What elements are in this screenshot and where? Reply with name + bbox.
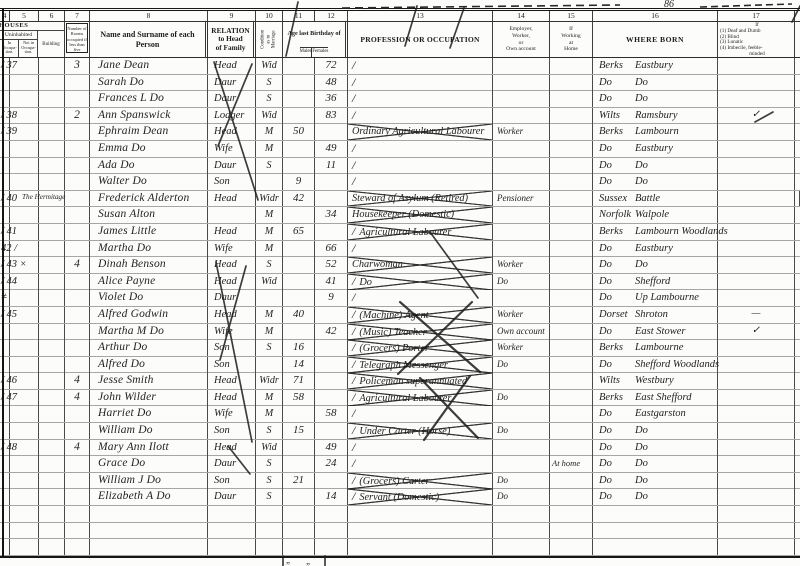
condition-cell: M [256,307,283,323]
column-number: 14 [493,11,550,21]
occupation-text: Servant (Domestic) [359,492,439,503]
check-tick: / [352,274,355,288]
relation-cell: Lodger [208,108,256,124]
column-number: 16 [593,11,718,21]
condition-cell [256,539,283,555]
birth-county: Do [599,440,635,456]
birth-county: Wilts [599,373,635,389]
infirmity-cell [718,340,795,356]
birthplace-cell: BerksEastbury [593,58,718,74]
page-edge [795,523,800,539]
birth-county: Do [599,357,635,373]
age-female-cell [315,224,348,240]
employer-cell [493,290,550,306]
birth-place: Eastbury [635,241,717,257]
column-number: 17 [718,11,795,21]
relation-cell: Daur [208,290,256,306]
occupation-cell: /Under Carter (Horse) [348,423,493,439]
birthplace-cell [593,506,718,522]
occupation-cell: / [348,456,493,472]
infirmity-cell [718,456,795,472]
age-male-cell [283,241,315,257]
page-edge [795,174,800,190]
building-cell [39,124,65,140]
uninhabited-cell [10,406,39,422]
uninhabited-cell [10,539,39,555]
age-female-cell [315,124,348,140]
age-female-cell [315,506,348,522]
birth-county: Do [599,91,635,107]
page-edge [795,423,800,439]
at-home-cell [550,324,593,340]
occupation-cell [348,506,493,522]
building-cell [39,58,65,74]
occupation-cell: / [348,75,493,91]
birth-place: Do [635,456,717,472]
building-cell [39,390,65,406]
person-name: William Do [90,423,208,439]
page-edge [795,357,800,373]
at-home-cell [550,257,593,273]
occupation-cell [348,539,493,555]
age-male-cell: 16 [283,340,315,356]
header-not-in-occupation: Not in Occupa-tion. [19,40,37,57]
building-cell [39,91,65,107]
age-female-cell: 49 [315,440,348,456]
birth-county: Sussex [599,191,635,207]
condition-cell: Widr [256,191,283,207]
birthplace-cell: DoShefford Woodlands [593,357,718,373]
birth-place: Shefford [635,274,717,290]
condition-cell: Wid [256,440,283,456]
birthplace-cell: WiltsWestbury [593,373,718,389]
age-female-cell: 58 [315,406,348,422]
occupation-cell: / [348,58,493,74]
age-female-cell [315,539,348,555]
condition-cell: M [256,241,283,257]
uninhabited-cell [10,141,39,157]
infirmity-cell [718,274,795,290]
census-row: Grace DoDaurS24/At homeDoDo [0,456,800,473]
birth-place: Up Lambourne [635,290,717,306]
person-name: William J Do [90,473,208,489]
person-name [90,539,208,555]
relation-cell: Son [208,174,256,190]
check-tick: / [352,174,355,188]
birth-county: Do [599,257,635,273]
census-row: 42 /Martha DoWifeM66/DoEastbury [0,241,800,258]
building-cell [39,257,65,273]
condition-cell: S [256,456,283,472]
birthplace-cell: DorsetShroton [593,307,718,323]
birth-county: Do [599,75,635,91]
birth-place: Ramsbury [635,108,717,124]
occupation-cell: / [348,241,493,257]
birth-place: Lambourn [635,124,717,140]
rooms-count [65,506,90,522]
check-tick: / [352,324,355,338]
condition-cell [256,290,283,306]
building-cell [39,373,65,389]
header-name: Name and Surname of each Person [90,22,208,57]
age-female-cell [315,307,348,323]
at-home-cell [550,473,593,489]
at-home-cell [550,340,593,356]
person-name: Alice Payne [90,274,208,290]
birth-place: Do [635,158,717,174]
age-female-cell [315,373,348,389]
person-name: Frances L Do [90,91,208,107]
building-cell [39,489,65,505]
relation-cell: Head [208,274,256,290]
person-name: Martha M Do [90,324,208,340]
age-male-cell [283,257,315,273]
building-cell [39,539,65,555]
age-male-cell [283,108,315,124]
at-home-cell [550,373,593,389]
census-row: ≠Violet DoDaur9/DoUp Lambourne [0,290,800,307]
infirmity-cell [718,473,795,489]
birth-place: East Stower [635,324,717,340]
census-rows: / 373Jane DeanHeadWid72/BerksEastburySar… [0,58,800,556]
birth-place: Westbury [635,373,717,389]
age-female-cell: 11 [315,158,348,174]
age-female-cell [315,340,348,356]
age-female-cell: 83 [315,108,348,124]
employer-cell [493,91,550,107]
person-name: Ada Do [90,158,208,174]
page-edge [795,539,800,555]
at-home-cell [550,274,593,290]
birth-county: Berks [599,340,635,356]
rooms-count [65,357,90,373]
census-row: Elizabeth A DoDaurS14/Servant (Domestic)… [0,489,800,506]
header-rooms: Number of Rooms occupied if less than fi… [65,22,90,57]
at-home-cell [550,75,593,91]
occupation-cell: /(Machine) Agent [348,307,493,323]
person-name: Emma Do [90,141,208,157]
birthplace-cell [593,539,718,555]
occupation-cell: / [348,141,493,157]
birth-place: Eastbury [635,141,717,157]
header-where-born: WHERE BORN [593,22,718,57]
census-row: / 39Ephraim DeanHeadM50Ordinary Agricult… [0,124,800,141]
page-edge [795,22,800,57]
condition-cell: S [256,340,283,356]
birth-county: Do [599,158,635,174]
relation-cell: Son [208,357,256,373]
age-female-cell [315,423,348,439]
check-tick: / [352,390,355,404]
at-home-cell [550,406,593,422]
census-row: / 382Ann SpanswickLodgerWid83/WiltsRamsb… [0,108,800,125]
person-name: Ann Spanswick [90,108,208,124]
header-houses: HOUSES Uninhabited In Occupa-tion. Not i… [0,22,65,57]
person-name: Alfred Godwin [90,307,208,323]
age-female-cell [315,523,348,539]
age-male-cell [283,456,315,472]
infirmity-cell [718,58,795,74]
condition-cell: M [256,124,283,140]
birth-place: Do [635,91,717,107]
birth-county: Do [599,406,635,422]
header-age-title: Age last Birthday of [285,22,342,47]
employer-cell [493,224,550,240]
page-edge [795,241,800,257]
age-male-cell [283,91,315,107]
birth-county: Wilts [599,108,635,124]
rooms-count [65,141,90,157]
condition-cell: M [256,406,283,422]
age-female-cell [315,357,348,373]
rooms-count: 3 [65,58,90,74]
rooms-count [65,207,90,223]
rooms-count [65,324,90,340]
building-cell [39,523,65,539]
at-home-cell [550,174,593,190]
page-edge [795,11,800,21]
birthplace-cell: SussexBattle [593,191,718,207]
relation-cell: Head [208,191,256,207]
age-male-cell [283,290,315,306]
occupation-cell: Steward of Asylum (Retired) [348,191,493,207]
employer-cell [493,75,550,91]
uninhabited-cell [10,290,39,306]
age-male-cell [283,58,315,74]
condition-cell: S [256,423,283,439]
header-age-males: Males [300,48,313,57]
page-edge [795,58,800,74]
census-row: / 373Jane DeanHeadWid72/BerksEastbury [0,58,800,75]
age-female-cell: 14 [315,489,348,505]
page-edge [795,456,800,472]
employer-cell [493,141,550,157]
age-male-cell: 15 [283,423,315,439]
relation-cell: Wife [208,141,256,157]
occupation-text: Charwoman [352,259,403,270]
person-name: Grace Do [90,456,208,472]
occupation-cell: / [348,108,493,124]
building-cell [39,340,65,356]
building-cell [39,108,65,124]
at-home-cell [550,489,593,505]
birth-county: Berks [599,58,635,74]
occupation-text: (Machine) Agent [359,310,428,321]
building-cell [39,141,65,157]
uninhabited-cell [10,523,39,539]
building-cell [39,207,65,223]
age-female-cell: 66 [315,241,348,257]
birthplace-cell: DoDo [593,473,718,489]
rooms-count [65,75,90,91]
relation-cell: Daur [208,91,256,107]
infirmity-cell [718,124,795,140]
building-cell [39,241,65,257]
uninhabited-cell [10,357,39,373]
condition-cell [256,506,283,522]
age-female-cell: 49 [315,141,348,157]
birth-county: Berks [599,224,635,240]
age-male-cell: 71 [283,373,315,389]
check-tick: / [352,91,355,105]
at-home-cell [550,124,593,140]
infirmity-cell [718,91,795,107]
rooms-count [65,158,90,174]
age-male-cell: 65 [283,224,315,240]
census-row: / 40Frederick AldertonHeadWidr42Steward … [0,191,800,208]
birthplace-cell: DoDo [593,440,718,456]
infirmity-cell [718,373,795,389]
column-number: 7 [65,11,90,21]
infirmity-cell [718,406,795,422]
birthplace-cell: DoDo [593,423,718,439]
birthplace-cell: DoDo [593,257,718,273]
building-cell [39,75,65,91]
infirmity-cell [718,257,795,273]
condition-cell [256,523,283,539]
building-cell [39,324,65,340]
check-tick: / [352,241,355,255]
birth-place: Walpole [635,207,717,223]
age-male-cell [283,158,315,174]
birth-county: Do [599,489,635,505]
census-row: / 464Jesse SmithHeadWidr71/Policeman sup… [0,373,800,390]
age-male-cell: 21 [283,473,315,489]
occupation-text: (Grocers) Carter [359,476,429,487]
birth-place: Shefford Woodlands [635,357,719,373]
birthplace-cell: DoDo [593,91,718,107]
employer-cell [493,506,550,522]
birthplace-cell: BerksLambourn Woodlands [593,224,718,240]
at-home-cell [550,506,593,522]
employer-cell [493,207,550,223]
header-building: Building [38,31,64,57]
at-home-cell [550,108,593,124]
age-male-cell: 9 [283,174,315,190]
at-home-cell [550,241,593,257]
occupation-cell: /(Grocers) Carter [348,473,493,489]
uninhabited-cell [10,423,39,439]
census-row [0,506,800,523]
at-home-cell [550,523,593,539]
building-cell [39,440,65,456]
uninhabited-cell [10,506,39,522]
header-age-females: Females [312,48,328,57]
column-number-row: 4567891011121314151617 [0,11,800,22]
at-home-cell [550,290,593,306]
rooms-count: 4 [65,257,90,273]
infirmity-cell [718,423,795,439]
birthplace-cell: DoEastbury [593,241,718,257]
occupation-cell: /Agricultural Labourer [348,390,493,406]
employer-cell: Do [493,489,550,505]
infirmity-cell [718,489,795,505]
occupation-text: Steward of Asylum (Retired) [352,193,468,204]
uninhabited-cell [10,91,39,107]
relation-cell: Daur [208,489,256,505]
infirmity-cell [718,75,795,91]
check-tick: / [352,158,355,172]
header-relation: RELATION to Head of Family [208,22,256,57]
occupation-cell: / [348,174,493,190]
person-name: John Wilder [90,390,208,406]
person-name: Arthur Do [90,340,208,356]
age-male-cell [283,274,315,290]
at-home-cell [550,158,593,174]
address-note: The Hermitage [22,193,65,201]
birth-place: Do [635,174,717,190]
age-female-cell: 24 [315,456,348,472]
page-edge [795,440,800,456]
infirmity-cell [718,141,795,157]
infirmity-cell [718,539,795,555]
relation-cell: Head [208,440,256,456]
infirmity-cell [718,224,795,240]
age-male-cell: 40 [283,307,315,323]
infirmity-cell [718,158,795,174]
occupation-cell: /Do [348,274,493,290]
check-tick: / [352,440,355,454]
census-row: Walter DoSon9/DoDo [0,174,800,191]
rooms-count [65,307,90,323]
at-home-cell [550,141,593,157]
census-row: Susan AltonM34Housekeeper (Domestic)Norf… [0,207,800,224]
check-tick: / [352,340,355,354]
header-profession: PROFESSION OR OCCUPATION [348,22,493,57]
rooms-count [65,241,90,257]
at-home-cell [550,423,593,439]
building-cell [39,473,65,489]
age-male-cell [283,141,315,157]
birthplace-cell: NorfolkWalpole [593,207,718,223]
page-edge [795,75,800,91]
condition-cell [256,357,283,373]
birth-county: Norfolk [599,207,635,223]
column-number: 10 [256,11,283,21]
relation-cell: Son [208,340,256,356]
person-name: Ephraim Dean [90,124,208,140]
rooms-count [65,539,90,555]
page-edge [795,390,800,406]
relation-cell: Head [208,373,256,389]
uninhabited-cell [10,489,39,505]
check-tick: / [352,75,355,89]
birth-place: Lambourne [635,340,717,356]
person-name: Mary Ann Ilott [90,440,208,456]
age-male-cell [283,506,315,522]
age-female-cell [315,191,348,207]
relation-cell: Daur [208,75,256,91]
occupation-text: Do [359,277,372,288]
age-female-cell [315,390,348,406]
age-female-cell: 41 [315,274,348,290]
census-row: William J DoSonS21/(Grocers) CarterDoDoD… [0,473,800,490]
birth-county: Do [599,423,635,439]
at-home-cell [550,539,593,555]
infirmity-cell [718,207,795,223]
age-female-cell: 42 [315,324,348,340]
birth-county: Dorset [599,307,635,323]
person-name: Harriet Do [90,406,208,422]
person-name: Elizabeth A Do [90,489,208,505]
page-edge [795,373,800,389]
condition-cell [256,174,283,190]
page-edge [795,91,800,107]
birth-place: Shroton [635,307,717,323]
relation-cell: Head [208,124,256,140]
relation-cell: Head [208,224,256,240]
occupation-text: Under Carter (Horse) [359,426,450,437]
